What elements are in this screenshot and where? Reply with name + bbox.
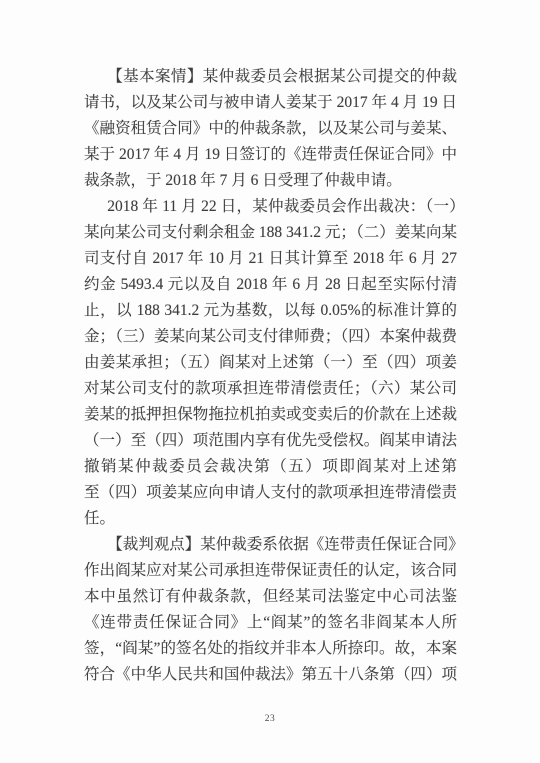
text-line: 由姜某承担；（五）阎某对上述第（一）至（四）项姜某 bbox=[84, 350, 457, 376]
text-line: 司支付自 2017 年 10 月 21 日其计算至 2018 年 6 月 27 … bbox=[84, 246, 457, 272]
text-line: 姜某的抵押担保物拖拉机拍卖或变卖后的价款在上述裁决 bbox=[84, 402, 457, 428]
page-number: 23 bbox=[0, 714, 540, 724]
document-page: 【基本案情】某仲裁委员会根据某公司提交的仲裁申 请书，以及某公司与被申请人姜某于… bbox=[0, 0, 540, 763]
text-line: 本中虽然订有仲裁条款，但经某司法鉴定中心司法鉴定， bbox=[84, 584, 457, 610]
text-line: 《融资租赁合同》中的仲裁条款，以及某公司与姜某、阎 bbox=[84, 116, 457, 142]
text-line: 符合《中华人民共和国仲裁法》第五十八条第（四）项裁 bbox=[84, 662, 457, 688]
paragraph-award-details: 2018 年 11 月 22 日，某仲裁委员会作出裁决：（一）姜 某向某公司支付… bbox=[84, 194, 457, 532]
paragraph-basic-facts: 【基本案情】某仲裁委员会根据某公司提交的仲裁申 请书，以及某公司与被申请人姜某于… bbox=[84, 64, 457, 194]
paragraph-court-view: 【裁判观点】某仲裁委系依据《连带责任保证合同》 作出阎某应对某公司承担连带保证责… bbox=[84, 532, 457, 688]
text-line: 约金 5493.4 元以及自 2018 年 6 月 28 日起至实际付清之日 bbox=[84, 272, 457, 298]
text-line: （一）至（四）项范围内享有优先受偿权。阎某申请法院 bbox=[84, 428, 457, 454]
case-text-block: 【基本案情】某仲裁委员会根据某公司提交的仲裁申 请书，以及某公司与被申请人姜某于… bbox=[84, 64, 457, 688]
text-line: 撤销某仲裁委员会裁决第（五）项即阎某对上述第（一） bbox=[84, 454, 457, 480]
text-line: 【基本案情】某仲裁委员会根据某公司提交的仲裁申 bbox=[84, 64, 457, 90]
text-line: 某向某公司支付剩余租金 188 341.2 元；（二）姜某向某公 bbox=[84, 220, 457, 246]
text-line: 对某公司支付的款项承担连带清偿责任；（六）某公司对 bbox=[84, 376, 457, 402]
text-line: 止，以 188 341.2 元为基数，以每 0.05%的标准计算的违约 bbox=[84, 298, 457, 324]
text-line: 金；（三）姜某向某公司支付律师费；（四）本案仲裁费 bbox=[84, 324, 457, 350]
text-line: 2018 年 11 月 22 日，某仲裁委员会作出裁决：（一）姜 bbox=[84, 194, 457, 220]
text-line: 任。 bbox=[84, 506, 457, 532]
text-line: 【裁判观点】某仲裁委系依据《连带责任保证合同》 bbox=[84, 532, 457, 558]
text-line: 裁条款，于 2018 年 7 月 6 日受理了仲裁申请。 bbox=[84, 168, 457, 194]
text-line: 请书，以及某公司与被申请人姜某于 2017 年 4 月 19 日签订 bbox=[84, 90, 457, 116]
text-line: 签，“阎某”的签名处的指纹并非本人所捺印。故，本案 bbox=[84, 636, 457, 662]
text-line: 《连带责任保证合同》上“阎某”的签名非阎某本人所 bbox=[84, 610, 457, 636]
text-line: 某于 2017 年 4 月 19 日签订的《连带责任保证合同》中的仲 bbox=[84, 142, 457, 168]
text-line: 至（四）项姜某应向申请人支付的款项承担连带清偿责 bbox=[84, 480, 457, 506]
text-line: 作出阎某应对某公司承担连带保证责任的认定，该合同文 bbox=[84, 558, 457, 584]
